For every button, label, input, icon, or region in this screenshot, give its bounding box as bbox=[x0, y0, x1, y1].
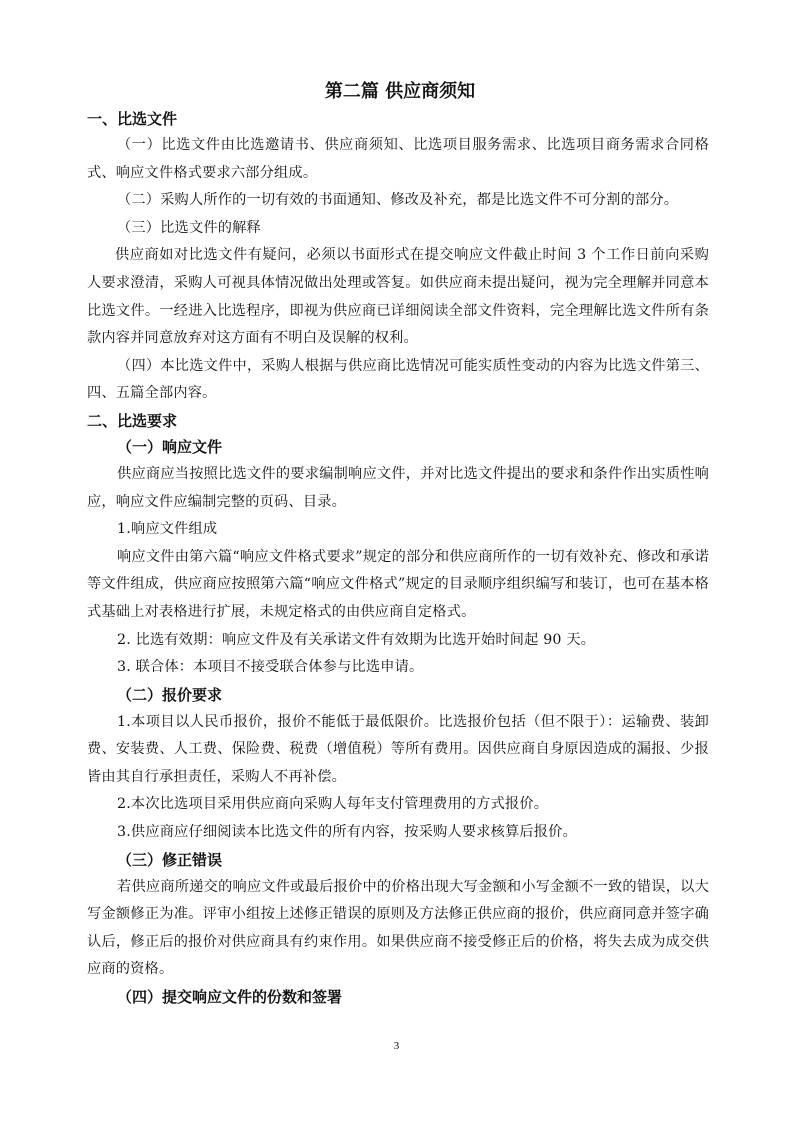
paragraph: 响应文件由第六篇“响应文件格式要求”规定的部分和供应商所作的一切有效补充、修改和… bbox=[87, 544, 709, 627]
paragraph: 2.本次比选项目采用供应商向采购人每年支付管理费用的方式报价。 bbox=[87, 791, 709, 819]
document-page: 第二篇 供应商须知 一、比选文件 （一）比选文件由比选邀请书、供应商须知、比选项… bbox=[87, 78, 709, 1011]
paragraph: （四）本比选文件中，采购人根据与供应商比选情况可能实质性变动的内容为比选文件第三… bbox=[87, 353, 709, 408]
paragraph: 2. 比选有效期：响应文件及有关承诺文件有效期为比选开始时间起 90 天。 bbox=[87, 627, 709, 655]
paragraph: 若供应商所递交的响应文件或最后报价中的价格出现大写金额和小写金额不一致的错误，以… bbox=[87, 874, 709, 984]
subsection-heading-fenshu-qianshu: （四）提交响应文件的份数和签署 bbox=[87, 984, 709, 1011]
subsection-heading-xiuzheng-cuowu: （三）修正错误 bbox=[87, 847, 709, 874]
section-heading-bixuan-yaoqiu: 二、比选要求 bbox=[87, 408, 709, 434]
paragraph: 供应商应当按照比选文件的要求编制响应文件，并对比选文件提出的要求和条件作出实质性… bbox=[87, 461, 709, 516]
section-heading-bixuan-wenjian: 一、比选文件 bbox=[87, 106, 709, 132]
paragraph: （一）比选文件由比选邀请书、供应商须知、比选项目服务需求、比选项目商务需求合同格… bbox=[87, 132, 709, 187]
paragraph: （三）比选文件的解释 bbox=[87, 215, 709, 243]
subsection-heading-baojia-yaoqiu: （二）报价要求 bbox=[87, 682, 709, 709]
paragraph: 3. 联合体：本项目不接受联合体参与比选申请。 bbox=[87, 654, 709, 682]
paragraph: （二）采购人所作的一切有效的书面通知、修改及补充，都是比选文件不可分割的部分。 bbox=[87, 187, 709, 215]
page-title: 第二篇 供应商须知 bbox=[91, 78, 709, 106]
subsection-heading-xiangying-wenjian: （一）响应文件 bbox=[87, 434, 709, 461]
paragraph: 供应商如对比选文件有疑问，必须以书面形式在提交响应文件截止时间 3 个工作日前向… bbox=[87, 242, 709, 352]
page-number: 3 bbox=[0, 1040, 793, 1052]
paragraph: 1.本项目以人民币报价，报价不能低于最低限价。比选报价包括（但不限于）：运输费、… bbox=[87, 709, 709, 792]
paragraph: 1.响应文件组成 bbox=[87, 516, 709, 544]
paragraph: 3.供应商应仔细阅读本比选文件的所有内容，按采购人要求核算后报价。 bbox=[87, 819, 709, 847]
